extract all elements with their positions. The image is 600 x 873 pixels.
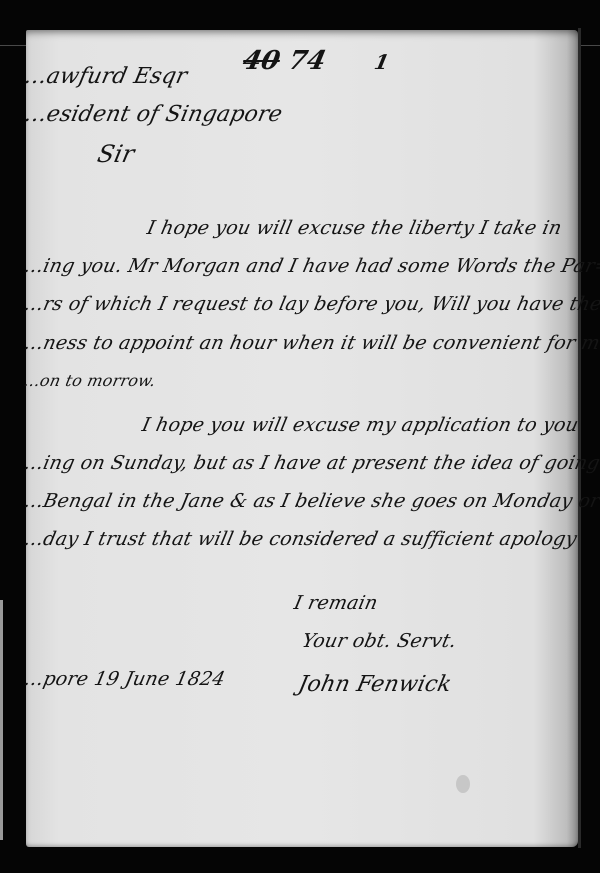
signature: John Fenwick — [296, 672, 454, 697]
struck-folio-number: 40 — [240, 46, 283, 76]
date-line: …pore 19 June 1824 — [22, 668, 227, 690]
paper-stain — [456, 775, 470, 793]
body-line-2: …ing you. Mr Morgan and I have had some … — [22, 255, 600, 277]
adjacent-page-edge — [0, 600, 3, 840]
closing-servant: Your obt. Servt. — [300, 630, 459, 652]
addressee-title: …esident of Singapore — [22, 102, 285, 127]
body-line-7: …ing on Sunday, but as I have at present… — [22, 452, 600, 474]
folio-number: 40 74 1 — [240, 46, 392, 76]
closing-remain: I remain — [292, 592, 380, 614]
addressee-name: …awfurd Esqr — [22, 64, 190, 89]
body-line-4: …ness to appoint an hour when it will be… — [22, 332, 600, 354]
body-line-6: I hope you will excuse my application to… — [140, 414, 581, 436]
body-line-9: …day I trust that will be considered a s… — [22, 528, 579, 550]
page-right-edge — [578, 28, 581, 848]
body-line-8: …Bengal in the Jane & as I believe she g… — [22, 490, 600, 512]
body-line-1: I hope you will excuse the liberty I tak… — [145, 217, 564, 239]
current-folio-number: 74 — [286, 46, 329, 76]
body-line-5: …on to morrow. — [22, 371, 158, 390]
body-line-3: …rs of which I request to lay before you… — [22, 293, 600, 315]
salutation: Sir — [95, 140, 137, 168]
